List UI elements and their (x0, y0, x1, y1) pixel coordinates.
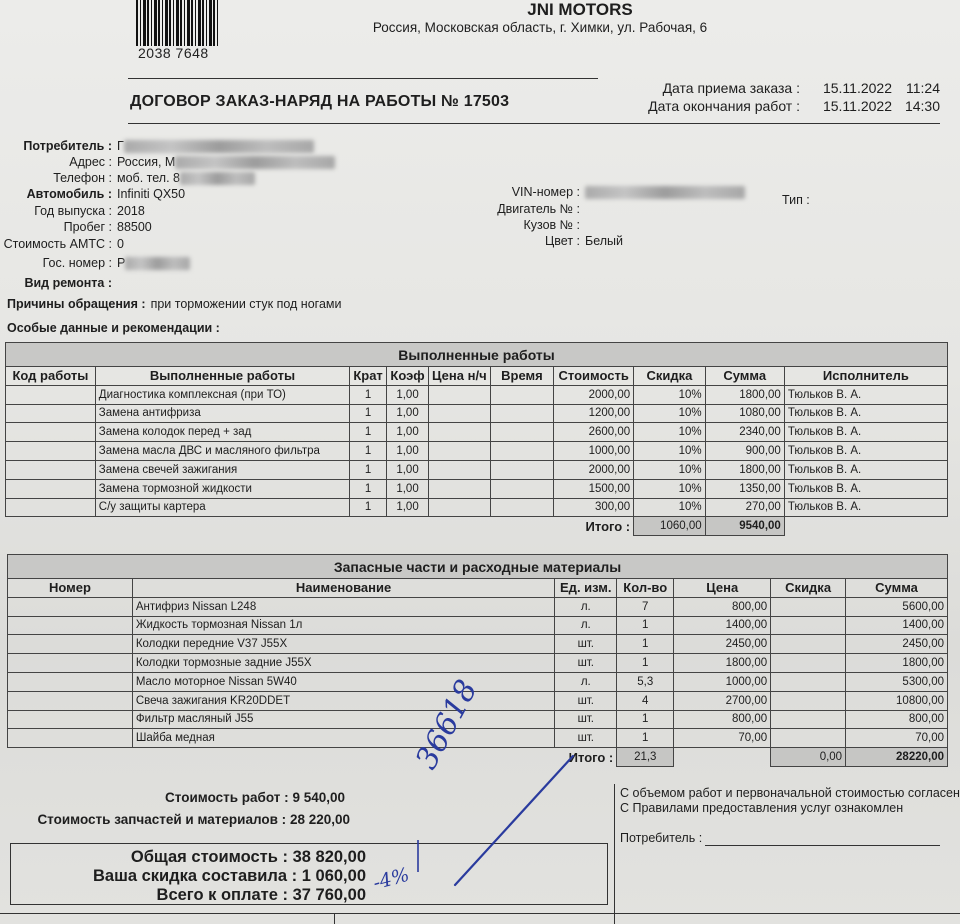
parts-cell-name: Колодки передние V37 J55X (132, 635, 554, 654)
works-column-header: Сумма (705, 367, 784, 386)
works-cell-code (6, 423, 96, 442)
parts-cell-number (8, 729, 133, 748)
works-cell-time (490, 460, 554, 479)
parts-cell-sum: 2450,00 (846, 635, 948, 654)
parts-cell-name: Свеча зажигания KR20DDET (132, 691, 554, 710)
works-cost-label: Стоимость работ : (165, 790, 289, 805)
works-section-title: Выполненные работы (6, 343, 948, 367)
parts-cell-price: 2700,00 (674, 691, 771, 710)
works-cell-cost: 2600,00 (554, 423, 634, 442)
redacted-block (585, 186, 745, 199)
repair-type-label: Вид ремонта : (0, 276, 112, 290)
works-cell-time (490, 423, 554, 442)
parts-column-header: Ед. изм. (555, 579, 617, 598)
total-cost-label: Общая стоимость : (131, 848, 288, 866)
parts-table-row: Колодки тормозные задние J55Xшт.11800,00… (8, 654, 948, 673)
parts-cell-unit: шт. (555, 691, 617, 710)
works-total-discount: 1060,00 (634, 517, 705, 536)
engine-label: Двигатель № : (470, 202, 580, 216)
parts-table-row: Антифриз Nissan L248л.7800,005600,00 (8, 597, 948, 616)
works-cost-value: 9 540,00 (292, 790, 345, 805)
works-column-header: Стоимость (554, 367, 634, 386)
works-total-sum: 9540,00 (705, 517, 784, 536)
works-table-row: Диагностика комплексная (при ТО)11,00200… (6, 385, 948, 404)
works-cell-coef: 1,00 (387, 442, 429, 461)
parts-cell-sum: 5600,00 (846, 597, 948, 616)
parts-cell-name: Масло моторное Nissan 5W40 (132, 672, 554, 691)
consumer-row: Потребитель : Г (0, 139, 314, 153)
parts-column-header: Кол-во (617, 579, 674, 598)
type-row: Тип : (782, 193, 810, 207)
parts-cell-discount (771, 616, 846, 635)
parts-cell-unit: шт. (555, 654, 617, 673)
works-column-header: Скидка (634, 367, 705, 386)
parts-cell-discount (771, 597, 846, 616)
works-cell-rate (429, 479, 491, 498)
order-received-date: 15.11.2022 (800, 80, 892, 98)
works-cell-mult: 1 (350, 423, 387, 442)
works-table-row: Замена тормозной жидкости11,001500,0010%… (6, 479, 948, 498)
works-table: Выполненные работы Код работыВыполненные… (5, 342, 948, 536)
works-cell-worker: Тюльков В. А. (784, 498, 947, 517)
works-cell-mult: 1 (350, 460, 387, 479)
redacted-block (125, 257, 190, 270)
works-cell-coef: 1,00 (387, 404, 429, 423)
parts-cell-qty: 5,3 (617, 672, 674, 691)
works-cell-name: Замена колодок перед + зад (95, 423, 349, 442)
redacted-block (180, 172, 255, 185)
parts-cell-qty: 4 (617, 691, 674, 710)
works-cell-mult: 1 (350, 385, 387, 404)
works-cell-rate (429, 498, 491, 517)
parts-cell-sum: 800,00 (846, 710, 948, 729)
parts-cell-sum: 10800,00 (846, 691, 948, 710)
works-column-header: Крат (350, 367, 387, 386)
works-cell-rate (429, 423, 491, 442)
parts-cost-value: 28 220,00 (290, 812, 350, 827)
parts-cell-number (8, 635, 133, 654)
consumer-label: Потребитель : (0, 139, 112, 153)
year-row: Год выпуска : 2018 (0, 204, 145, 218)
works-cell-worker: Тюльков В. А. (784, 423, 947, 442)
parts-total-qty: 21,3 (617, 748, 674, 767)
works-cell-time (490, 404, 554, 423)
vehicle-value-label: Стоимость АМТС : (0, 237, 112, 251)
parts-cell-sum: 5300,00 (846, 672, 948, 691)
to-pay-label: Всего к оплате : (157, 886, 288, 904)
works-table-row: Замена антифриза11,001200,0010%1080,00Тю… (6, 404, 948, 423)
parts-cell-unit: шт. (555, 710, 617, 729)
plate-value: Р (112, 256, 190, 270)
parts-cost-row: Стоимость запчастей и материалов : 28 22… (0, 812, 350, 827)
works-total-label: Итого : (6, 517, 634, 536)
works-cell-mult: 1 (350, 404, 387, 423)
to-pay-value: 37 760,00 (293, 886, 366, 904)
works-cell-cost: 300,00 (554, 498, 634, 517)
works-cell-cost: 2000,00 (554, 460, 634, 479)
color-label: Цвет : (470, 234, 580, 248)
consumer-value: Г (112, 139, 314, 153)
works-cell-worker: Тюльков В. А. (784, 385, 947, 404)
car-row: Автомобиль : Infiniti QX50 (0, 187, 185, 201)
phone-label: Телефон : (0, 171, 112, 185)
works-column-header: Коэф (387, 367, 429, 386)
reason-row: Причины обращения : при торможении стук … (7, 297, 341, 311)
parts-table-row: Жидкость тормозная Nissan 1лл.11400,0014… (8, 616, 948, 635)
parts-column-header: Сумма (846, 579, 948, 598)
agreement-line-1: С объемом работ и первоначальной стоимос… (620, 786, 960, 801)
works-cell-name: Замена антифриза (95, 404, 349, 423)
works-cell-code (6, 404, 96, 423)
works-cell-coef: 1,00 (387, 498, 429, 517)
parts-cell-price: 800,00 (674, 597, 771, 616)
mileage-row: Пробег : 88500 (0, 220, 152, 234)
redacted-block (175, 156, 335, 169)
works-cell-name: Замена свечей зажигания (95, 460, 349, 479)
phone-value: моб. тел. 8 (112, 171, 255, 185)
works-column-header: Время (490, 367, 554, 386)
company-address: Россия, Московская область, г. Химки, ул… (300, 20, 780, 35)
parts-cell-name: Фильтр масляный J55 (132, 710, 554, 729)
work-end-time: 14:30 (892, 98, 940, 116)
plate-row: Гос. номер : Р (0, 256, 190, 270)
works-cell-coef: 1,00 (387, 479, 429, 498)
company-name: JNI MOTORS (380, 0, 780, 20)
works-cell-code (6, 385, 96, 404)
vin-value (580, 185, 745, 199)
works-cell-sum: 270,00 (705, 498, 784, 517)
vehicle-value-value: 0 (112, 237, 124, 251)
works-cell-code (6, 460, 96, 479)
divider (334, 913, 335, 924)
work-end-date: 15.11.2022 (800, 98, 892, 116)
works-cell-cost: 1200,00 (554, 404, 634, 423)
discount-label: Ваша скидка составила : (93, 867, 297, 885)
phone-row: Телефон : моб. тел. 8 (0, 171, 255, 185)
vehicle-value-row: Стоимость АМТС : 0 (0, 237, 124, 251)
works-cell-worker: Тюльков В. А. (784, 460, 947, 479)
agreement-line-2: С Правилами предоставления услуг ознаком… (620, 801, 960, 816)
parts-header-row: НомерНаименованиеЕд. изм.Кол-воЦенаСкидк… (8, 579, 948, 598)
parts-cell-discount (771, 691, 846, 710)
parts-cell-discount (771, 635, 846, 654)
consumer-signature-label: Потребитель : (620, 831, 960, 846)
works-column-header: Цена н/ч (429, 367, 491, 386)
address-label: Адрес : (0, 155, 112, 169)
parts-cell-sum: 1400,00 (846, 616, 948, 635)
barcode-bars (136, 0, 220, 46)
works-cell-discount: 10% (634, 423, 705, 442)
parts-cell-unit: л. (555, 672, 617, 691)
works-cell-coef: 1,00 (387, 385, 429, 404)
divider (128, 123, 940, 124)
works-cell-time (490, 385, 554, 404)
parts-cell-qty: 1 (617, 710, 674, 729)
works-cell-time (490, 479, 554, 498)
divider (0, 913, 960, 914)
works-cell-code (6, 442, 96, 461)
parts-cell-number (8, 616, 133, 635)
vin-row: VIN-номер : (470, 185, 745, 199)
works-cell-time (490, 498, 554, 517)
body-label: Кузов № : (470, 218, 580, 232)
plate-label: Гос. номер : (0, 256, 112, 270)
work-end-label: Дата окончания работ : (648, 98, 800, 116)
parts-cell-unit: л. (555, 616, 617, 635)
parts-section-title: Запасные части и расходные материалы (8, 555, 948, 579)
works-header-row: Код работыВыполненные работыКратКоэфЦена… (6, 367, 948, 386)
works-cell-worker: Тюльков В. А. (784, 404, 947, 423)
works-cell-sum: 2340,00 (705, 423, 784, 442)
works-cell-cost: 1500,00 (554, 479, 634, 498)
parts-column-header: Наименование (132, 579, 554, 598)
works-cell-mult: 1 (350, 442, 387, 461)
year-value: 2018 (112, 204, 145, 218)
parts-column-header: Номер (8, 579, 133, 598)
parts-cell-qty: 1 (617, 729, 674, 748)
parts-cell-qty: 1 (617, 616, 674, 635)
year-label: Год выпуска : (0, 204, 112, 218)
address-value: Россия, М (112, 155, 335, 169)
order-dates: Дата приема заказа : 15.11.2022 11:24 Да… (600, 80, 940, 116)
car-value: Infiniti QX50 (112, 187, 185, 201)
works-cell-discount: 10% (634, 442, 705, 461)
redacted-block (124, 140, 314, 153)
order-received-label: Дата приема заказа : (663, 80, 800, 98)
works-column-header: Код работы (6, 367, 96, 386)
parts-cell-qty: 1 (617, 635, 674, 654)
parts-column-header: Цена (674, 579, 771, 598)
works-table-row: Замена колодок перед + зад11,002600,0010… (6, 423, 948, 442)
address-row: Адрес : Россия, М (0, 155, 335, 169)
works-cell-discount: 10% (634, 404, 705, 423)
to-pay-row: Всего к оплате : 37 760,00 (0, 886, 366, 905)
works-cell-rate (429, 404, 491, 423)
works-cell-name: Замена тормозной жидкости (95, 479, 349, 498)
works-cell-time (490, 442, 554, 461)
mileage-value: 88500 (112, 220, 152, 234)
works-cell-sum: 1800,00 (705, 385, 784, 404)
works-cell-discount: 10% (634, 498, 705, 517)
repair-type-row: Вид ремонта : (0, 276, 112, 290)
works-total-row: Итого : 1060,00 9540,00 (6, 517, 948, 536)
agreement-block: С объемом работ и первоначальной стоимос… (620, 786, 960, 846)
total-cost-row: Общая стоимость : 38 820,00 (0, 848, 366, 867)
car-label: Автомобиль : (0, 187, 112, 201)
works-cell-code (6, 479, 96, 498)
parts-cell-discount (771, 654, 846, 673)
parts-cell-price: 1000,00 (674, 672, 771, 691)
works-table-row: С/у защиты картера11,00300,0010%270,00Тю… (6, 498, 948, 517)
works-cell-mult: 1 (350, 479, 387, 498)
works-cell-rate (429, 385, 491, 404)
order-received-time: 11:24 (892, 80, 940, 98)
works-cell-sum: 1350,00 (705, 479, 784, 498)
works-column-header: Выполненные работы (95, 367, 349, 386)
works-cell-name: Диагностика комплексная (при ТО) (95, 385, 349, 404)
parts-cell-price: 800,00 (674, 710, 771, 729)
document-title: ДОГОВОР ЗАКАЗ-НАРЯД НА РАБОТЫ № 17503 (130, 93, 509, 111)
vin-label: VIN-номер : (470, 185, 580, 199)
parts-cell-number (8, 691, 133, 710)
parts-cell-discount (771, 729, 846, 748)
signature-line (705, 845, 940, 846)
works-cell-name: С/у защиты картера (95, 498, 349, 517)
notes-row: Особые данные и рекомендации : (7, 321, 220, 335)
works-cell-rate (429, 460, 491, 479)
engine-row: Двигатель № : (470, 202, 580, 216)
parts-table: Запасные части и расходные материалы Ном… (7, 554, 948, 767)
works-cell-cost: 2000,00 (554, 385, 634, 404)
parts-column-header: Скидка (771, 579, 846, 598)
discount-row: Ваша скидка составила : 1 060,00 (0, 867, 366, 886)
parts-cell-price: 70,00 (674, 729, 771, 748)
color-row: Цвет : Белый (470, 234, 623, 248)
parts-table-row: Фильтр масляный J55шт.1800,00800,00 (8, 710, 948, 729)
notes-label: Особые данные и рекомендации : (7, 321, 220, 335)
parts-cell-qty: 7 (617, 597, 674, 616)
parts-total-sum: 28220,00 (846, 748, 948, 767)
parts-cell-discount (771, 710, 846, 729)
parts-cell-name: Жидкость тормозная Nissan 1л (132, 616, 554, 635)
total-cost-value: 38 820,00 (293, 848, 366, 866)
works-cell-coef: 1,00 (387, 460, 429, 479)
works-cell-sum: 1080,00 (705, 404, 784, 423)
works-cost-row: Стоимость работ : 9 540,00 (0, 790, 345, 805)
parts-cell-sum: 70,00 (846, 729, 948, 748)
body-row: Кузов № : (470, 218, 580, 232)
barcode-number: 2038 7648 (138, 45, 209, 61)
parts-cell-qty: 1 (617, 654, 674, 673)
parts-cell-discount (771, 672, 846, 691)
parts-cell-name: Колодки тормозные задние J55X (132, 654, 554, 673)
reason-label: Причины обращения : (7, 297, 146, 311)
parts-table-row: Колодки передние V37 J55Xшт.12450,002450… (8, 635, 948, 654)
parts-total-discount: 0,00 (771, 748, 846, 767)
parts-cell-unit: шт. (555, 635, 617, 654)
parts-cell-number (8, 672, 133, 691)
mileage-label: Пробег : (0, 220, 112, 234)
parts-cell-price: 2450,00 (674, 635, 771, 654)
parts-cost-label: Стоимость запчастей и материалов : (37, 812, 286, 827)
work-order-document: 2038 7648 JNI MOTORS Россия, Московская … (0, 0, 960, 924)
order-received-row: Дата приема заказа : 15.11.2022 11:24 (600, 80, 940, 98)
color-value: Белый (580, 234, 623, 248)
parts-cell-sum: 1800,00 (846, 654, 948, 673)
parts-cell-price: 1400,00 (674, 616, 771, 635)
works-column-header: Исполнитель (784, 367, 947, 386)
work-end-row: Дата окончания работ : 15.11.2022 14:30 (600, 98, 940, 116)
works-cell-name: Замена масла ДВС и масляного фильтра (95, 442, 349, 461)
parts-cell-price: 1800,00 (674, 654, 771, 673)
divider (128, 78, 598, 79)
works-cell-discount: 10% (634, 460, 705, 479)
works-cell-cost: 1000,00 (554, 442, 634, 461)
works-cell-code (6, 498, 96, 517)
works-cell-rate (429, 442, 491, 461)
reason-value: при торможении стук под ногами (146, 297, 342, 311)
works-cell-sum: 1800,00 (705, 460, 784, 479)
works-cell-sum: 900,00 (705, 442, 784, 461)
discount-value: 1 060,00 (302, 867, 366, 885)
works-cell-discount: 10% (634, 385, 705, 404)
type-label: Тип : (782, 193, 810, 207)
parts-cell-name: Антифриз Nissan L248 (132, 597, 554, 616)
works-cell-worker: Тюльков В. А. (784, 479, 947, 498)
works-cell-mult: 1 (350, 498, 387, 517)
works-cell-discount: 10% (634, 479, 705, 498)
works-table-row: Замена масла ДВС и масляного фильтра11,0… (6, 442, 948, 461)
works-cell-worker: Тюльков В. А. (784, 442, 947, 461)
parts-cell-number (8, 710, 133, 729)
barcode: 2038 7648 (136, 0, 220, 62)
parts-cell-number (8, 654, 133, 673)
works-table-row: Замена свечей зажигания11,002000,0010%18… (6, 460, 948, 479)
parts-cell-unit: л. (555, 597, 617, 616)
parts-cell-number (8, 597, 133, 616)
works-cell-coef: 1,00 (387, 423, 429, 442)
